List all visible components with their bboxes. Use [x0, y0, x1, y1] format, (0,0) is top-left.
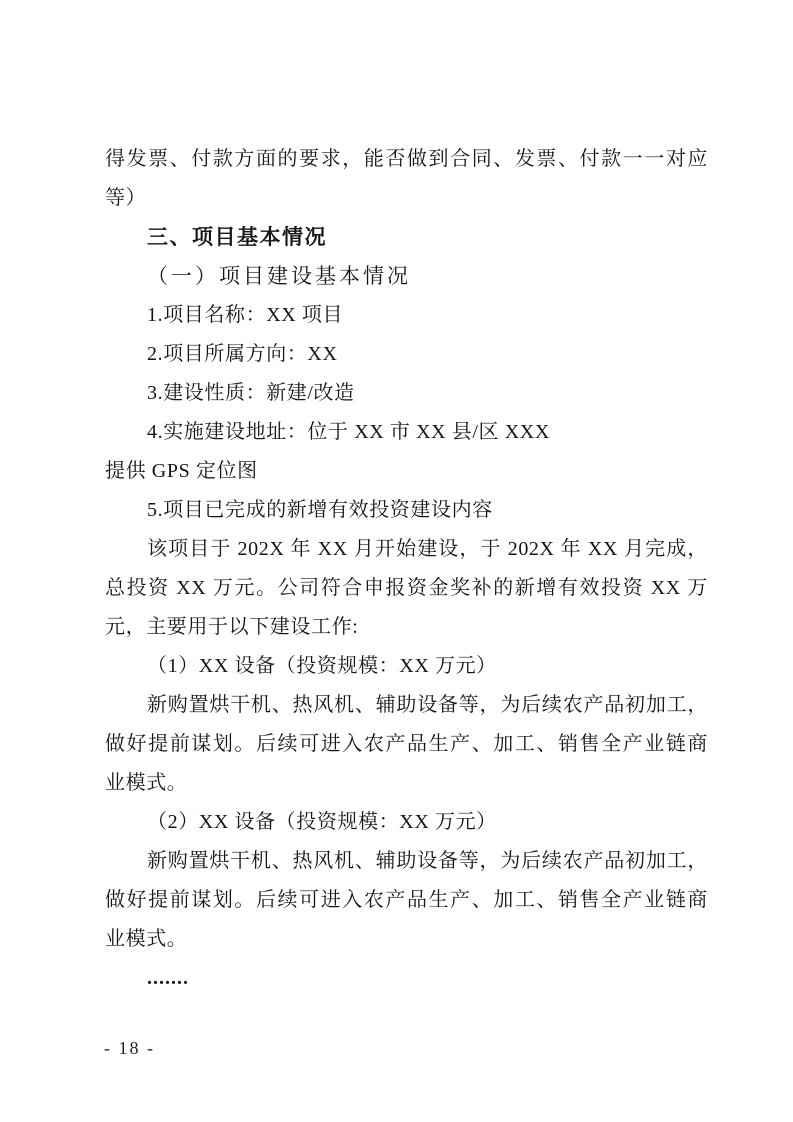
text-line: 业模式。 — [105, 920, 708, 959]
text-line: 该项目于 202X 年 XX 月开始建设，于 202X 年 XX 月完成， — [105, 530, 708, 569]
section-heading: 三、项目基本情况 — [105, 218, 708, 257]
paragraph: 5.项目已完成的新增有效投资建设内容 — [105, 491, 708, 530]
text-line: 得发票、付款方面的要求，能否做到合同、发票、付款一一对应 — [105, 140, 708, 179]
text-line: 总投资 XX 万元。公司符合申报资金奖补的新增有效投资 XX 万 — [105, 569, 708, 608]
paragraph: 1.项目名称：XX 项目 — [105, 296, 708, 335]
paragraph: 新购置烘干机、热风机、辅助设备等，为后续农产品初加工，做好提前谋划。后续可进入农… — [105, 842, 708, 959]
paragraph: 新购置烘干机、热风机、辅助设备等，为后续农产品初加工，做好提前谋划。后续可进入农… — [105, 686, 708, 803]
text-line: 业模式。 — [105, 764, 708, 803]
document-page: 得发票、付款方面的要求，能否做到合同、发票、付款一一对应等）三、项目基本情况（一… — [0, 0, 793, 1122]
text-line: 元，主要用于以下建设工作: — [105, 608, 708, 647]
text-line: 做好提前谋划。后续可进入农产品生产、加工、销售全产业链商 — [105, 881, 708, 920]
text-line: （2）XX 设备（投资规模：XX 万元） — [105, 803, 708, 842]
text-line: 新购置烘干机、热风机、辅助设备等，为后续农产品初加工， — [105, 842, 708, 881]
paragraph: 提供 GPS 定位图 — [105, 452, 708, 491]
text-line: 新购置烘干机、热风机、辅助设备等，为后续农产品初加工， — [105, 686, 708, 725]
text-line: 三、项目基本情况 — [105, 218, 708, 257]
paragraph: 4.实施建设地址：位于 XX 市 XX 县/区 XXX — [105, 413, 708, 452]
text-line: 做好提前谋划。后续可进入农产品生产、加工、销售全产业链商 — [105, 725, 708, 764]
ellipsis-line: ....... — [105, 959, 708, 998]
text-line: 4.实施建设地址：位于 XX 市 XX 县/区 XXX — [105, 413, 708, 452]
text-line: 等） — [105, 179, 708, 218]
paragraph: （2）XX 设备（投资规模：XX 万元） — [105, 803, 708, 842]
text-line: 提供 GPS 定位图 — [105, 452, 708, 491]
paragraph: （1）XX 设备（投资规模：XX 万元） — [105, 647, 708, 686]
text-line: ....... — [105, 959, 708, 998]
paragraph: 得发票、付款方面的要求，能否做到合同、发票、付款一一对应等） — [105, 140, 708, 218]
text-line: （1）XX 设备（投资规模：XX 万元） — [105, 647, 708, 686]
text-line: （一）项目建设基本情况 — [105, 257, 708, 296]
document-body: 得发票、付款方面的要求，能否做到合同、发票、付款一一对应等）三、项目基本情况（一… — [105, 140, 708, 998]
paragraph: 3.建设性质：新建/改造 — [105, 374, 708, 413]
page-number: - 18 - — [104, 1038, 155, 1059]
paragraph: 该项目于 202X 年 XX 月开始建设，于 202X 年 XX 月完成，总投资… — [105, 530, 708, 647]
text-line: 1.项目名称：XX 项目 — [105, 296, 708, 335]
text-line: 3.建设性质：新建/改造 — [105, 374, 708, 413]
paragraph: 2.项目所属方向：XX — [105, 335, 708, 374]
subsection-heading: （一）项目建设基本情况 — [105, 257, 708, 296]
text-line: 5.项目已完成的新增有效投资建设内容 — [105, 491, 708, 530]
text-line: 2.项目所属方向：XX — [105, 335, 708, 374]
